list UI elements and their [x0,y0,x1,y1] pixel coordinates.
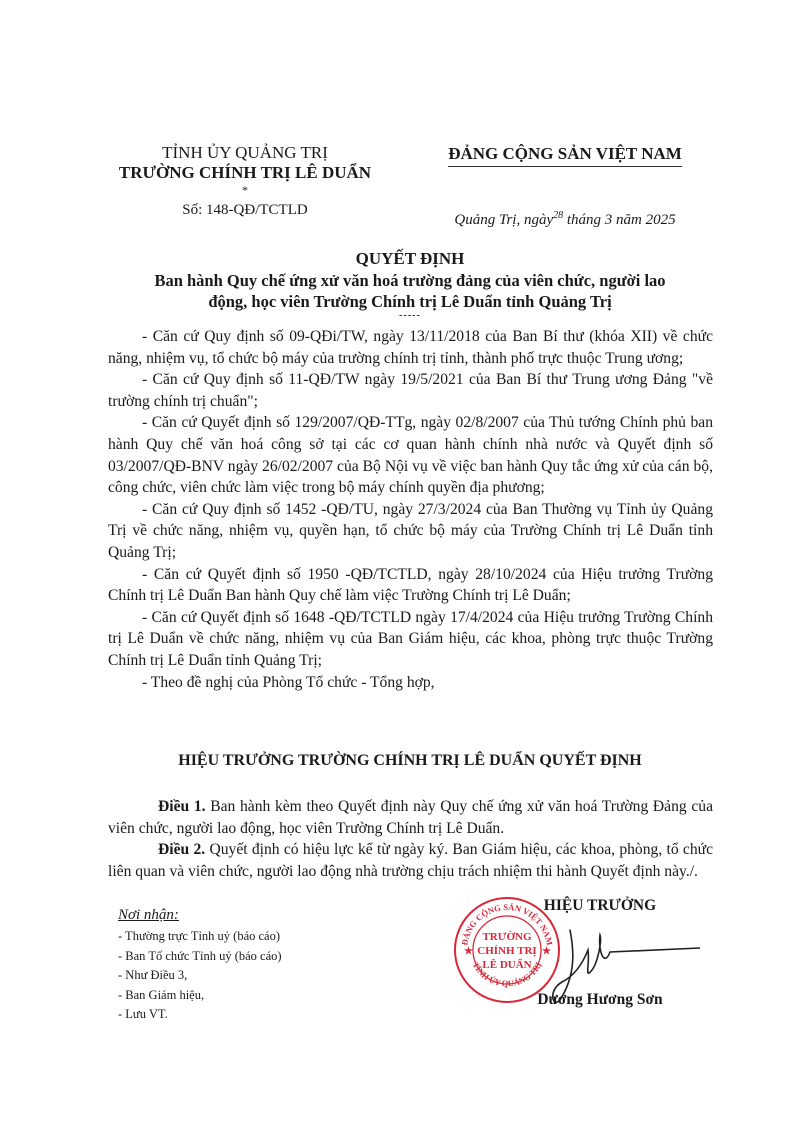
decision-heading: HIỆU TRƯỞNG TRƯỜNG CHÍNH TRỊ LÊ DUẨN QUY… [100,752,720,770]
date-prefix: Quảng Trị, ngày [454,212,553,228]
articles: Điều 1. Ban hành kèm theo Quyết định này… [108,796,713,882]
title-main: QUYẾT ĐỊNH [100,248,720,270]
issuer-block: TỈNH ỦY QUẢNG TRỊ TRƯỜNG CHÍNH TRỊ LÊ DU… [100,143,390,221]
issue-date: Quảng Trị, ngày28 tháng 3 năm 2025 [410,205,720,231]
basis-item: - Căn cứ Quyết định số 1648 -QĐ/TCTLD ng… [108,607,713,672]
title-divider: ----- [100,312,720,320]
basis-item: - Căn cứ Quyết định số 1950 -QĐ/TCTLD, n… [108,564,713,607]
svg-text:★: ★ [464,946,473,957]
signer-name: Dương Hương Sơn [500,991,700,1009]
recipient-item: - Thường trực Tỉnh uỷ (báo cáo) [118,927,378,947]
party-name: ĐẢNG CỘNG SẢN VIỆT NAM [448,143,682,167]
recipient-item: - Như Điều 3, [118,966,378,986]
recipients-heading: Nơi nhận: [118,905,378,925]
recipients-list: - Thường trực Tỉnh uỷ (báo cáo) - Ban Tổ… [118,927,378,1025]
date-day: 28 [553,210,563,221]
title-subtitle-2: động, học viên Trường Chính trị Lê Duẩn … [100,291,720,312]
star-mark: * [100,185,390,195]
article-2: Điều 2. Quyết định có hiệu lực kể từ ngà… [108,839,713,882]
article-label: Điều 2. [158,841,205,858]
date-suffix: tháng 3 năm 2025 [567,212,676,228]
title-subtitle-1: Ban hành Quy chế ứng xử văn hoá trường đ… [100,270,720,291]
recipient-item: - Ban Giám hiệu, [118,986,378,1006]
basis-item: - Căn cứ Quy định số 11-QĐ/TW ngày 19/5/… [108,369,713,412]
document-page: TỈNH ỦY QUẢNG TRỊ TRƯỜNG CHÍNH TRỊ LÊ DU… [0,0,800,1132]
signer-role: HIỆU TRƯỞNG [500,897,700,915]
recipient-item: - Ban Tổ chức Tỉnh uỷ (báo cáo) [118,947,378,967]
basis-item: - Căn cứ Quy định số 09-QĐi/TW, ngày 13/… [108,326,713,369]
article-1: Điều 1. Ban hành kèm theo Quyết định này… [108,796,713,839]
recipient-item: - Lưu VT. [118,1005,378,1025]
legal-bases: - Căn cứ Quy định số 09-QĐi/TW, ngày 13/… [108,326,713,693]
party-block: ĐẢNG CỘNG SẢN VIỆT NAM Quảng Trị, ngày28… [410,143,720,231]
document-title: QUYẾT ĐỊNH Ban hành Quy chế ứng xử văn h… [100,248,720,320]
article-label: Điều 1. [158,798,206,815]
recipients-block: Nơi nhận: - Thường trực Tỉnh uỷ (báo cáo… [118,905,378,1025]
basis-item: - Theo đề nghị của Phòng Tổ chức - Tổng … [108,672,713,694]
doc-number: Số: 148-QĐ/TCTLD [100,199,390,221]
org-parent: TỈNH ỦY QUẢNG TRỊ [100,143,390,163]
signature-block: HIỆU TRƯỞNG Dương Hương Sơn [500,897,700,1009]
org-name: TRƯỜNG CHÍNH TRỊ LÊ DUẨN [100,163,390,183]
basis-item: - Căn cứ Quyết định số 129/2007/QĐ-TTg, … [108,412,713,498]
basis-item: - Căn cứ Quy định số 1452 -QĐ/TU, ngày 2… [108,499,713,564]
